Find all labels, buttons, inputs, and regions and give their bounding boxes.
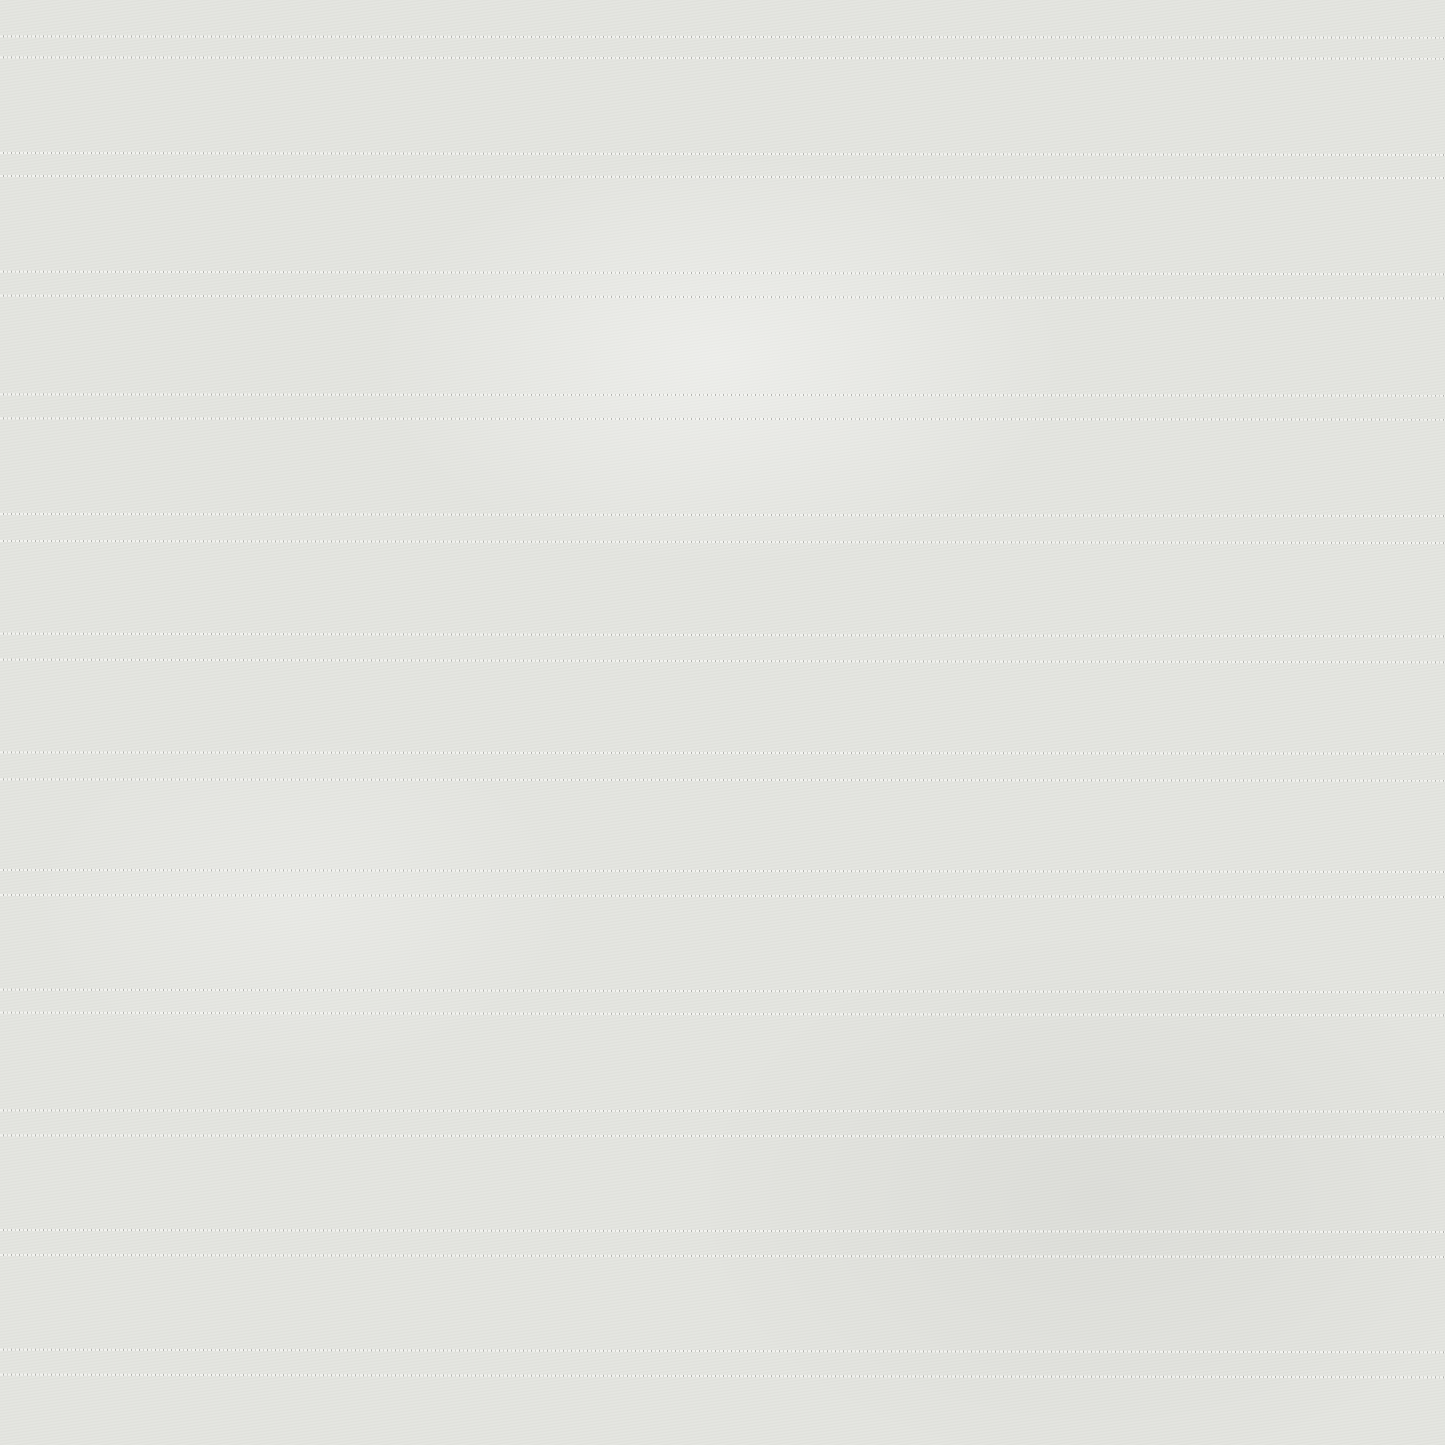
- metallic-stripe: [0, 35, 1445, 38]
- metallic-stripe: [0, 894, 1445, 898]
- metallic-stripe: [0, 633, 1445, 638]
- metallic-stripe: [0, 1109, 1445, 1112]
- metallic-stripe: [0, 417, 1445, 420]
- metallic-stripe: [0, 659, 1445, 664]
- metallic-stripe: [0, 271, 1445, 276]
- metallic-stripe: [0, 175, 1445, 179]
- metallic-stripe: [0, 1349, 1445, 1354]
- metallic-stripe: [0, 295, 1445, 300]
- metallic-stripe: [0, 1229, 1445, 1233]
- metallic-stripe: [0, 393, 1445, 396]
- metallic-stripe: [0, 989, 1445, 994]
- metallic-stripe: [0, 56, 1445, 59]
- metallic-stripe: [0, 1254, 1445, 1258]
- metallic-stripe: [0, 1134, 1445, 1137]
- metallic-stripe: [0, 540, 1445, 544]
- metallic-stripe: [0, 778, 1445, 781]
- metallic-stripe: [0, 513, 1445, 517]
- metallic-stripe: [0, 869, 1445, 873]
- metallic-stripe: [0, 751, 1445, 754]
- fabric-texture: [0, 0, 1445, 1445]
- metallic-stripe: [0, 1374, 1445, 1379]
- metallic-stripe: [0, 152, 1445, 156]
- metallic-stripe: [0, 1012, 1445, 1017]
